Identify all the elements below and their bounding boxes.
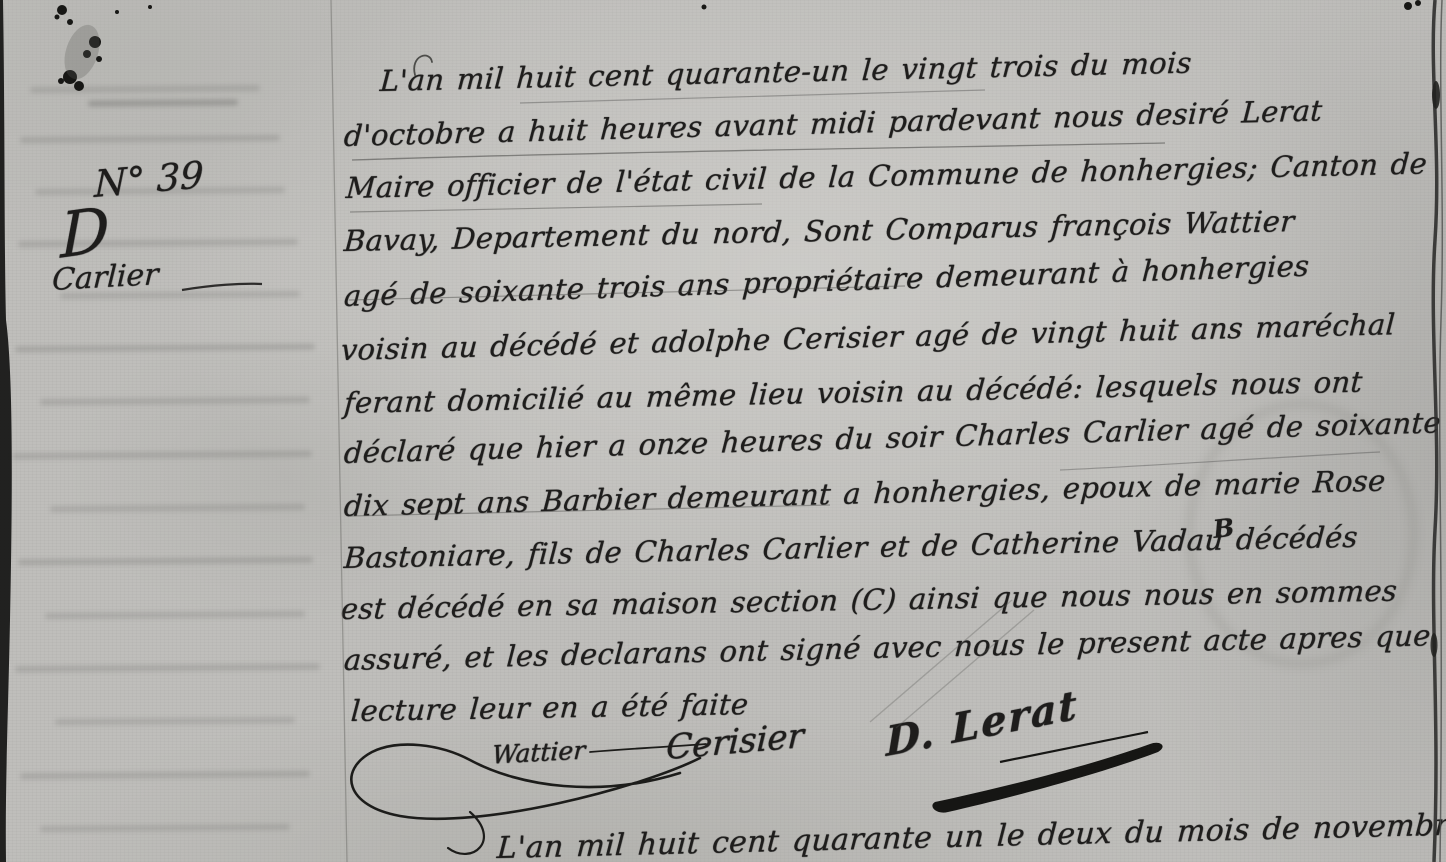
signature-cerisier: Cerisier [665, 716, 805, 768]
act-line: agé de soixante trois ans propriétaire d… [343, 249, 1310, 313]
bleedthrough-smudge [12, 451, 312, 460]
act-line: Maire officier de l'état civil de la Com… [345, 146, 1428, 205]
page-left-edge [0, 0, 12, 862]
bleedthrough-smudge [20, 771, 310, 780]
bleedthrough-smudge [20, 135, 280, 143]
bleedthrough-smudge [55, 717, 295, 725]
act-line: assuré, et les declarans ont signé avec … [343, 618, 1432, 677]
binding-knot [1432, 81, 1440, 109]
bleedthrough-smudge [15, 344, 315, 353]
act-line: lecture leur en a été faite [350, 687, 750, 728]
bleedthrough-smudge [50, 504, 305, 512]
bleedthrough-smudge [18, 557, 313, 566]
margin-record-name: Carlier [51, 257, 159, 298]
next-act-first-line: L'an mil huit cent quarante un le deux d… [496, 805, 1446, 862]
act-line: d'octobre a huit heures avant midi parde… [343, 93, 1323, 153]
binding-knot [1431, 633, 1438, 657]
bleedthrough-smudge [88, 99, 238, 106]
scanned-register-page: N° 39 D Carlier L'an mil huit cent quara… [0, 0, 1446, 862]
margin-name-dash [182, 284, 262, 290]
act-line: voisin au décédé et adolphe Cerisier agé… [340, 307, 1396, 367]
bleedthrough-smudge [15, 664, 320, 673]
act-line: Bavay, Departement du nord, Sont Comparu… [343, 204, 1296, 258]
bleedthrough-smudge [40, 824, 290, 832]
correction-mark: B [1212, 513, 1236, 544]
ink-smear [58, 20, 106, 83]
bleedthrough-smudge [45, 611, 305, 619]
margin-record-number: N° 39 [94, 153, 204, 206]
act-line: L'an mil huit cent quarante-un le vingt … [379, 46, 1193, 98]
signature-wattier: Wattier [491, 735, 586, 769]
signature-lerat: D. Lerat [885, 681, 1078, 766]
bleedthrough-smudge [40, 397, 310, 405]
bleedthrough-smudge [30, 85, 260, 93]
